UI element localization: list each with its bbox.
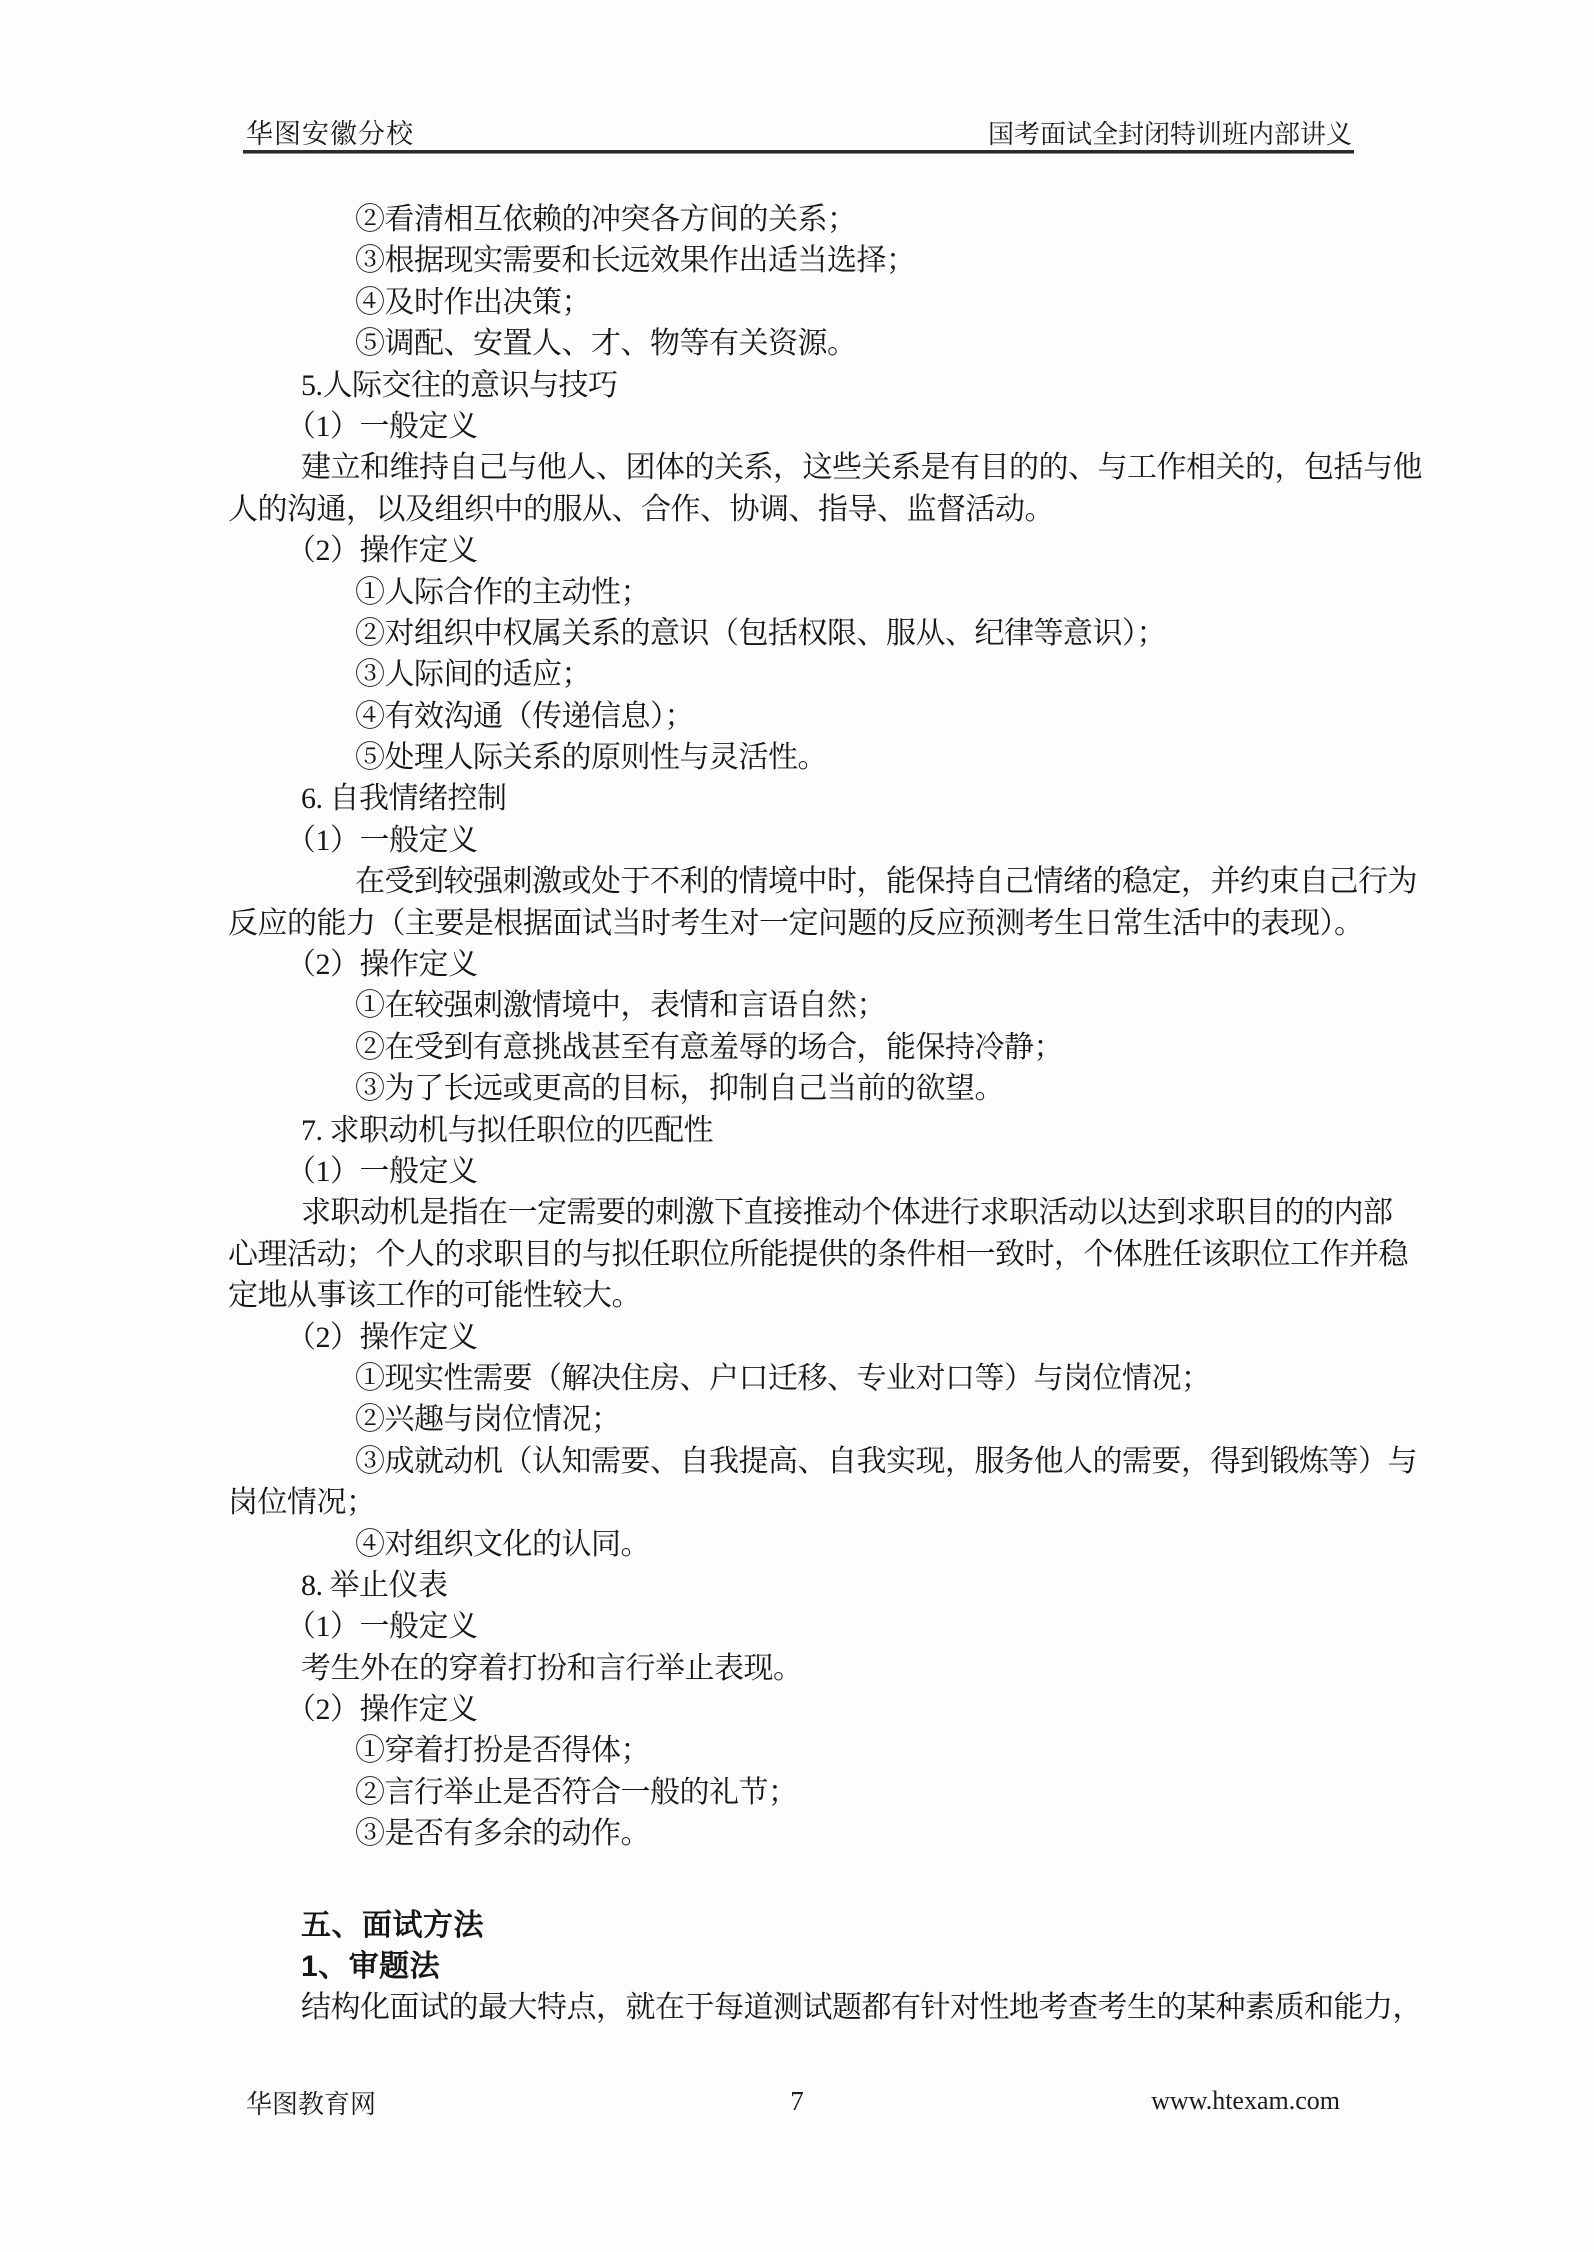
text-line: ③为了长远或更高的目标，抑制自己当前的欲望。 [0, 1068, 1594, 1109]
header-branch-name: 华图安徽分校 [246, 112, 414, 151]
text-line: ③人际间的适应； [0, 654, 1594, 695]
page-number: 7 [0, 2086, 1594, 2117]
text-line: （1）一般定义 [0, 1151, 1594, 1192]
text-line: 在受到较强刺激或处于不利的情境中时，能保持自己情绪的稳定，并约束自己行为 [0, 861, 1594, 902]
text-line: ①人际合作的主动性； [0, 572, 1594, 613]
text-line: （1）一般定义 [0, 1606, 1594, 1647]
text-line: 1、审题法 [0, 1946, 1594, 1987]
text-line: （2）操作定义 [0, 944, 1594, 985]
text-line: ⑤调配、安置人、才、物等有关资源。 [0, 323, 1594, 364]
text-line: ③成就动机（认知需要、自我提高、自我实现，服务他人的需要，得到锻炼等）与 [0, 1441, 1594, 1482]
text-line: 反应的能力（主要是根据面试当时考生对一定问题的反应预测考生日常生活中的表现）。 [0, 903, 1594, 944]
text-line: ①穿着打扮是否得体； [0, 1730, 1594, 1771]
text-line: 结构化面试的最大特点，就在于每道测试题都有针对性地考查考生的某种素质和能力， [0, 1987, 1594, 2028]
text-line: ④有效沟通（传递信息）； [0, 696, 1594, 737]
text-line: 心理活动；个人的求职目的与拟任职位所能提供的条件相一致时，个体胜任该职位工作并稳 [0, 1234, 1594, 1275]
text-line: 岗位情况； [0, 1482, 1594, 1523]
text-line: 人的沟通，以及组织中的服从、合作、协调、指导、监督活动。 [0, 489, 1594, 530]
text-line: 求职动机是指在一定需要的刺激下直接推动个体进行求职活动以达到求职目的的内部 [0, 1192, 1594, 1233]
text-line: 8. 举止仪表 [0, 1565, 1594, 1606]
text-line: 7. 求职动机与拟任职位的匹配性 [0, 1110, 1594, 1151]
text-line: ②在受到有意挑战甚至有意羞辱的场合，能保持冷静； [0, 1027, 1594, 1068]
text-line: （2）操作定义 [0, 1689, 1594, 1730]
text-line: ⑤处理人际关系的原则性与灵活性。 [0, 737, 1594, 778]
text-line: （2）操作定义 [0, 1317, 1594, 1358]
text-line: 6. 自我情绪控制 [0, 778, 1594, 819]
text-line: ④对组织文化的认同。 [0, 1524, 1594, 1565]
document-body: ②看清相互依赖的冲突各方间的关系；③根据现实需要和长远效果作出适当选择；④及时作… [0, 199, 1594, 2029]
text-line: （1）一般定义 [0, 820, 1594, 861]
text-line: （1）一般定义 [0, 406, 1594, 447]
footer-website-url: www.htexam.com [1151, 2086, 1340, 2116]
text-line: ①现实性需要（解决住房、户口迁移、专业对口等）与岗位情况； [0, 1358, 1594, 1399]
text-line: ②看清相互依赖的冲突各方间的关系； [0, 199, 1594, 240]
document-page: 华图安徽分校 国考面试全封闭特训班内部讲义 ②看清相互依赖的冲突各方间的关系；③… [0, 0, 1594, 2252]
text-line: ③根据现实需要和长远效果作出适当选择； [0, 240, 1594, 281]
text-line: 5.人际交往的意识与技巧 [0, 365, 1594, 406]
text-line: ②言行举止是否符合一般的礼节； [0, 1772, 1594, 1813]
text-line: 建立和维持自己与他人、团体的关系，这些关系是有目的的、与工作相关的，包括与他 [0, 447, 1594, 488]
text-line: 五、面试方法 [0, 1905, 1594, 1946]
text-line: ①在较强刺激情境中，表情和言语自然； [0, 985, 1594, 1026]
blank-line [0, 1855, 1594, 1905]
text-line: 考生外在的穿着打扮和言行举止表现。 [0, 1648, 1594, 1689]
text-line: ②兴趣与岗位情况； [0, 1399, 1594, 1440]
text-line: ③是否有多余的动作。 [0, 1813, 1594, 1854]
text-line: ②对组织中权属关系的意识（包括权限、服从、纪律等意识）； [0, 613, 1594, 654]
text-line: ④及时作出决策； [0, 282, 1594, 323]
text-line: （2）操作定义 [0, 530, 1594, 571]
header-course-title: 国考面试全封闭特训班内部讲义 [988, 114, 1352, 151]
text-line: 定地从事该工作的可能性较大。 [0, 1275, 1594, 1316]
header-rule [243, 150, 1354, 154]
